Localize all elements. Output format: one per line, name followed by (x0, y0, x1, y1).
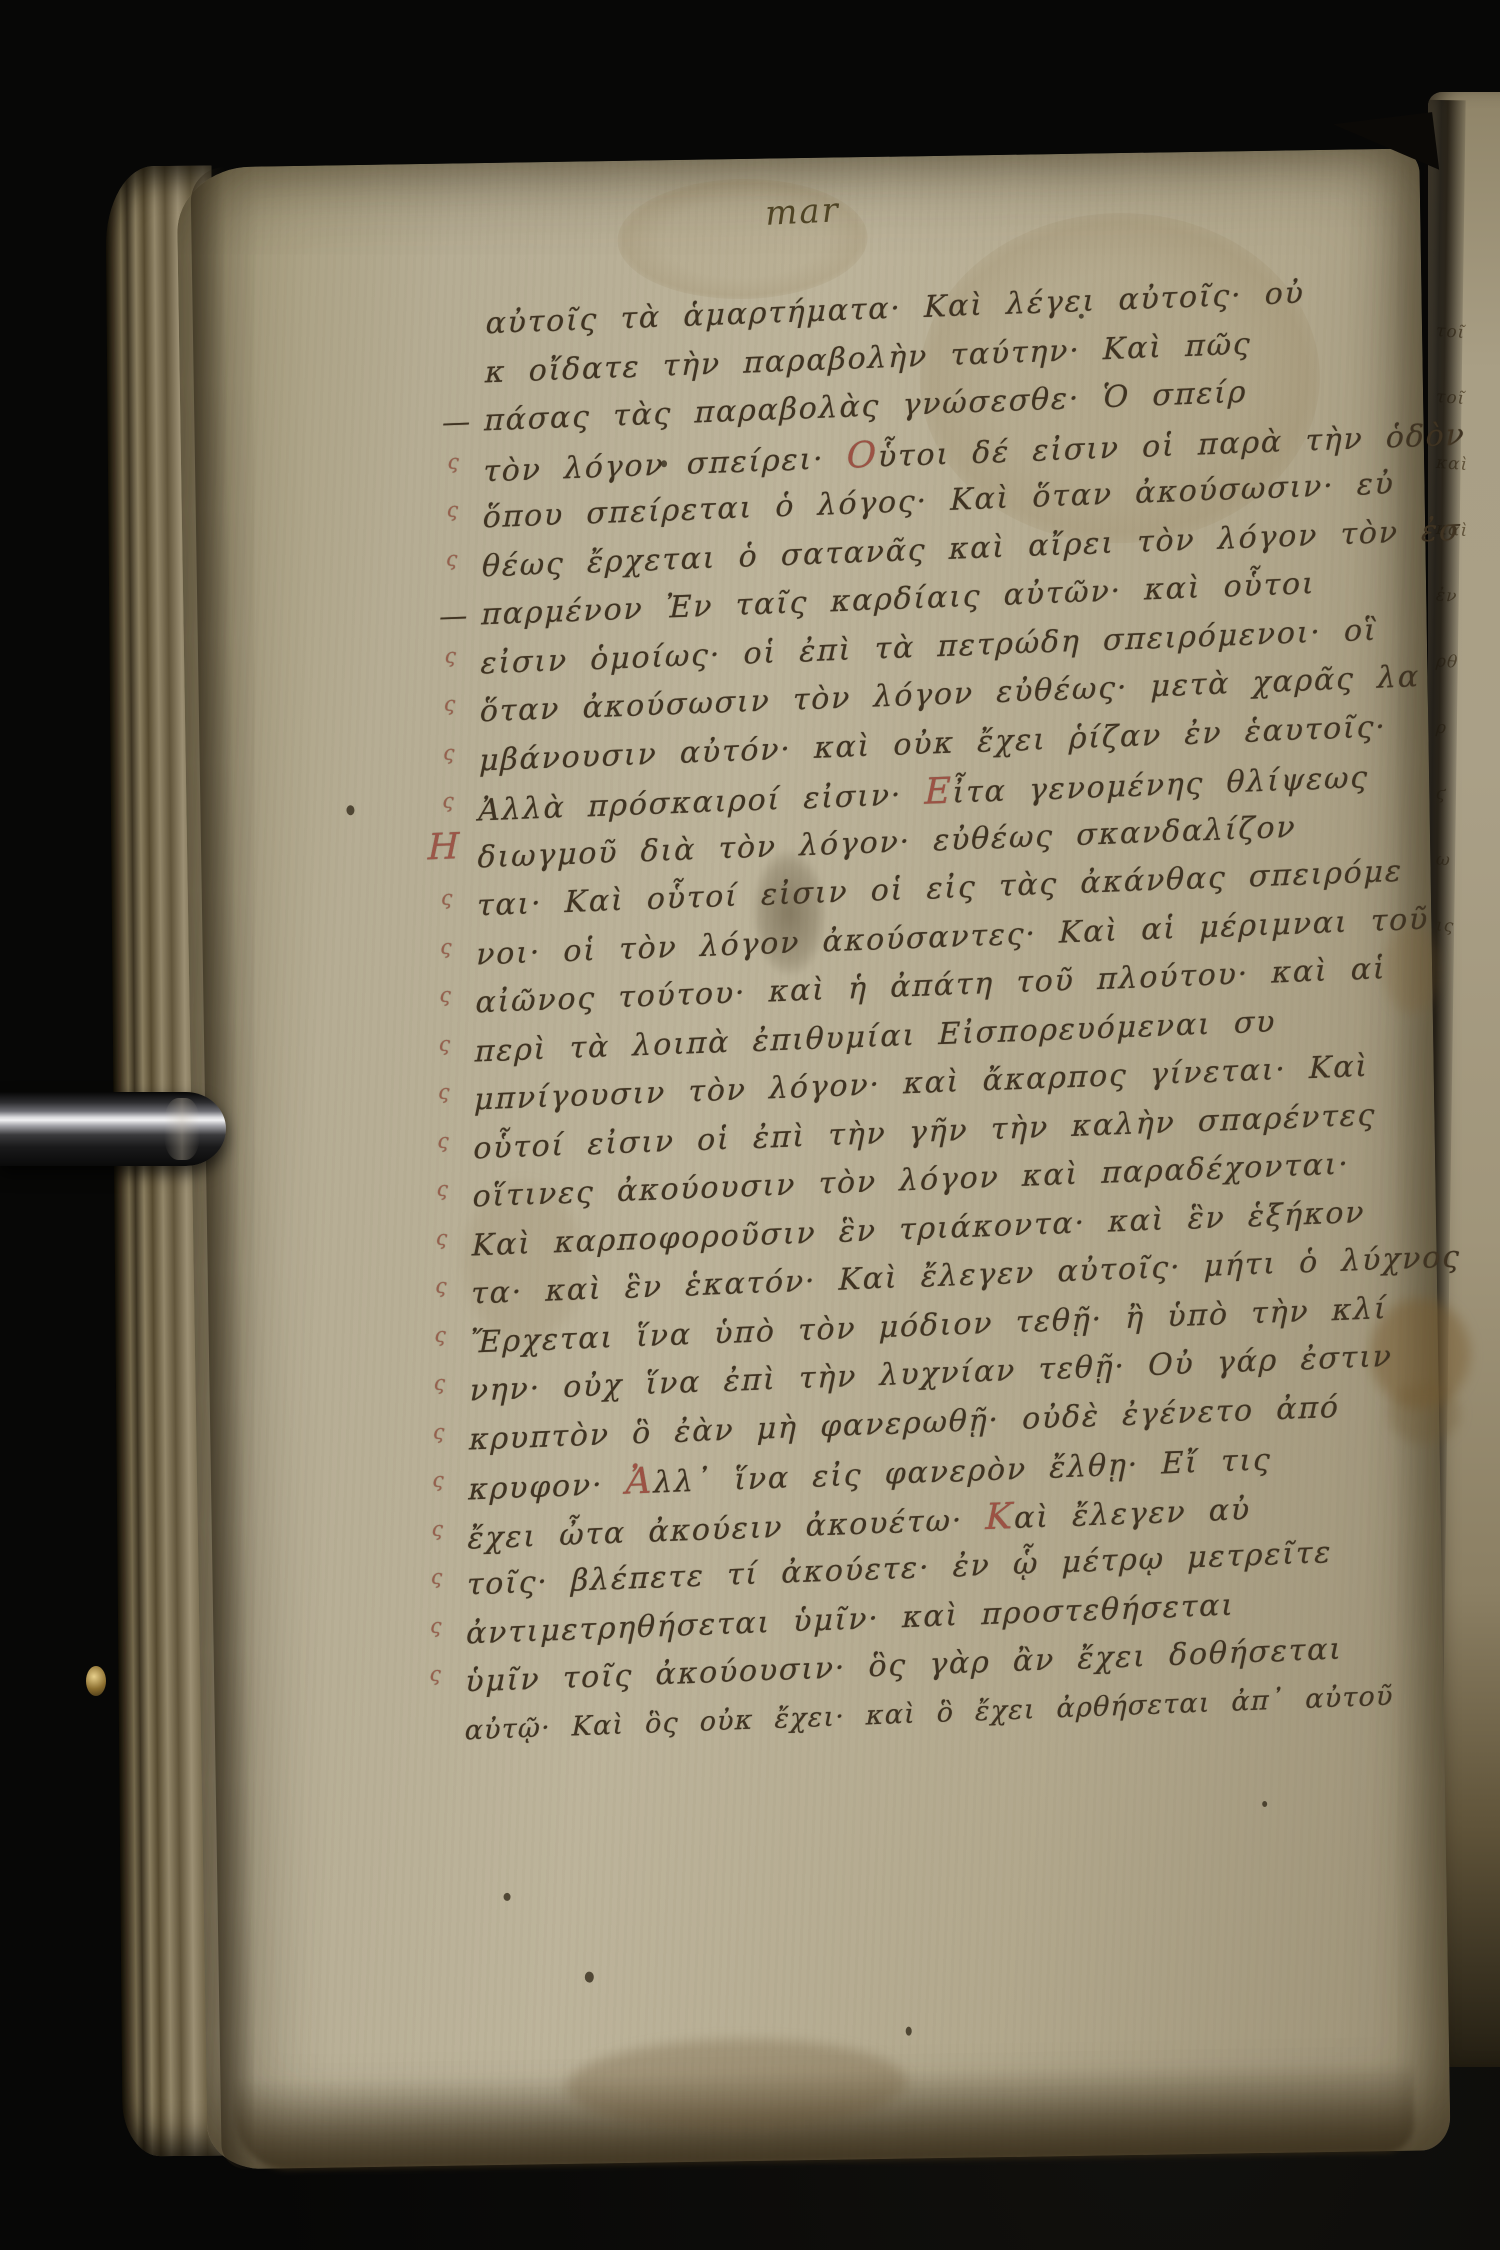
margin-mark: ς (439, 984, 452, 1004)
margin-mark: ς (447, 451, 460, 471)
brass-stud (86, 1666, 106, 1696)
margin-mark: ς (435, 1275, 448, 1295)
margin-mark: ς (433, 1421, 446, 1441)
margin-mark: ς (440, 936, 453, 956)
margin-mark: ς (430, 1615, 443, 1635)
text-segment: τὸν λόγον σπείρει· (483, 440, 847, 489)
margin-mark: ς (447, 499, 460, 519)
rubric-initial: Ο (846, 434, 878, 476)
paper-speck (1262, 1801, 1267, 1807)
paper-speck (585, 1972, 594, 1983)
manuscript-page: mar αὐτοῖς τὰ ἁμαρτήματα· Καὶ λέγει αὐτο… (176, 148, 1450, 2169)
margin-mark: ς (444, 693, 457, 713)
bottom-edge-grime (234, 2061, 1414, 2172)
margin-mark: ς (429, 1663, 442, 1683)
margin-mark: ς (443, 742, 456, 762)
margin-mark: ς (431, 1566, 444, 1586)
margin-mark: ς (441, 887, 454, 907)
page-corner-shadow (1333, 112, 1439, 182)
margin-mark: ς (434, 1324, 447, 1344)
paper-speck (906, 2027, 912, 2036)
margin-mark: — (442, 398, 473, 448)
margin-mark: ς (436, 1227, 449, 1247)
margin-mark: ς (434, 1372, 447, 1392)
margin-mark: ς (439, 1033, 452, 1053)
margin-mark: ς (432, 1518, 445, 1538)
margin-mark: ς (442, 790, 455, 810)
clamp-reflection (164, 1098, 200, 1160)
margin-mark: — (439, 592, 470, 642)
rubric-initial: Ε (924, 771, 953, 813)
rubric-initial: Ἀ (625, 1461, 653, 1503)
margin-mark: ς (446, 548, 459, 568)
running-header: mar (764, 190, 841, 234)
margin-mark: Η (428, 829, 462, 866)
margin-mark: ς (438, 1081, 451, 1101)
text-segment: κρυφον· (468, 1467, 626, 1508)
margin-mark: ς (432, 1469, 445, 1489)
rubric-initial: Κ (985, 1496, 1014, 1538)
margin-mark: ς (437, 1130, 450, 1150)
text-segment: αὶ ἔλεγεν αὐ (1014, 1492, 1251, 1536)
margin-mark: ς (445, 645, 458, 665)
text-block: αὐτοῖς τὰ ἁμαρτήματα· Καὶ λέγει αὐτοῖς· … (464, 264, 1451, 1755)
paper-speck (346, 805, 354, 815)
margin-mark: ς (437, 1178, 450, 1198)
glass-clamp-rod (0, 1092, 226, 1166)
paper-speck (503, 1893, 510, 1901)
